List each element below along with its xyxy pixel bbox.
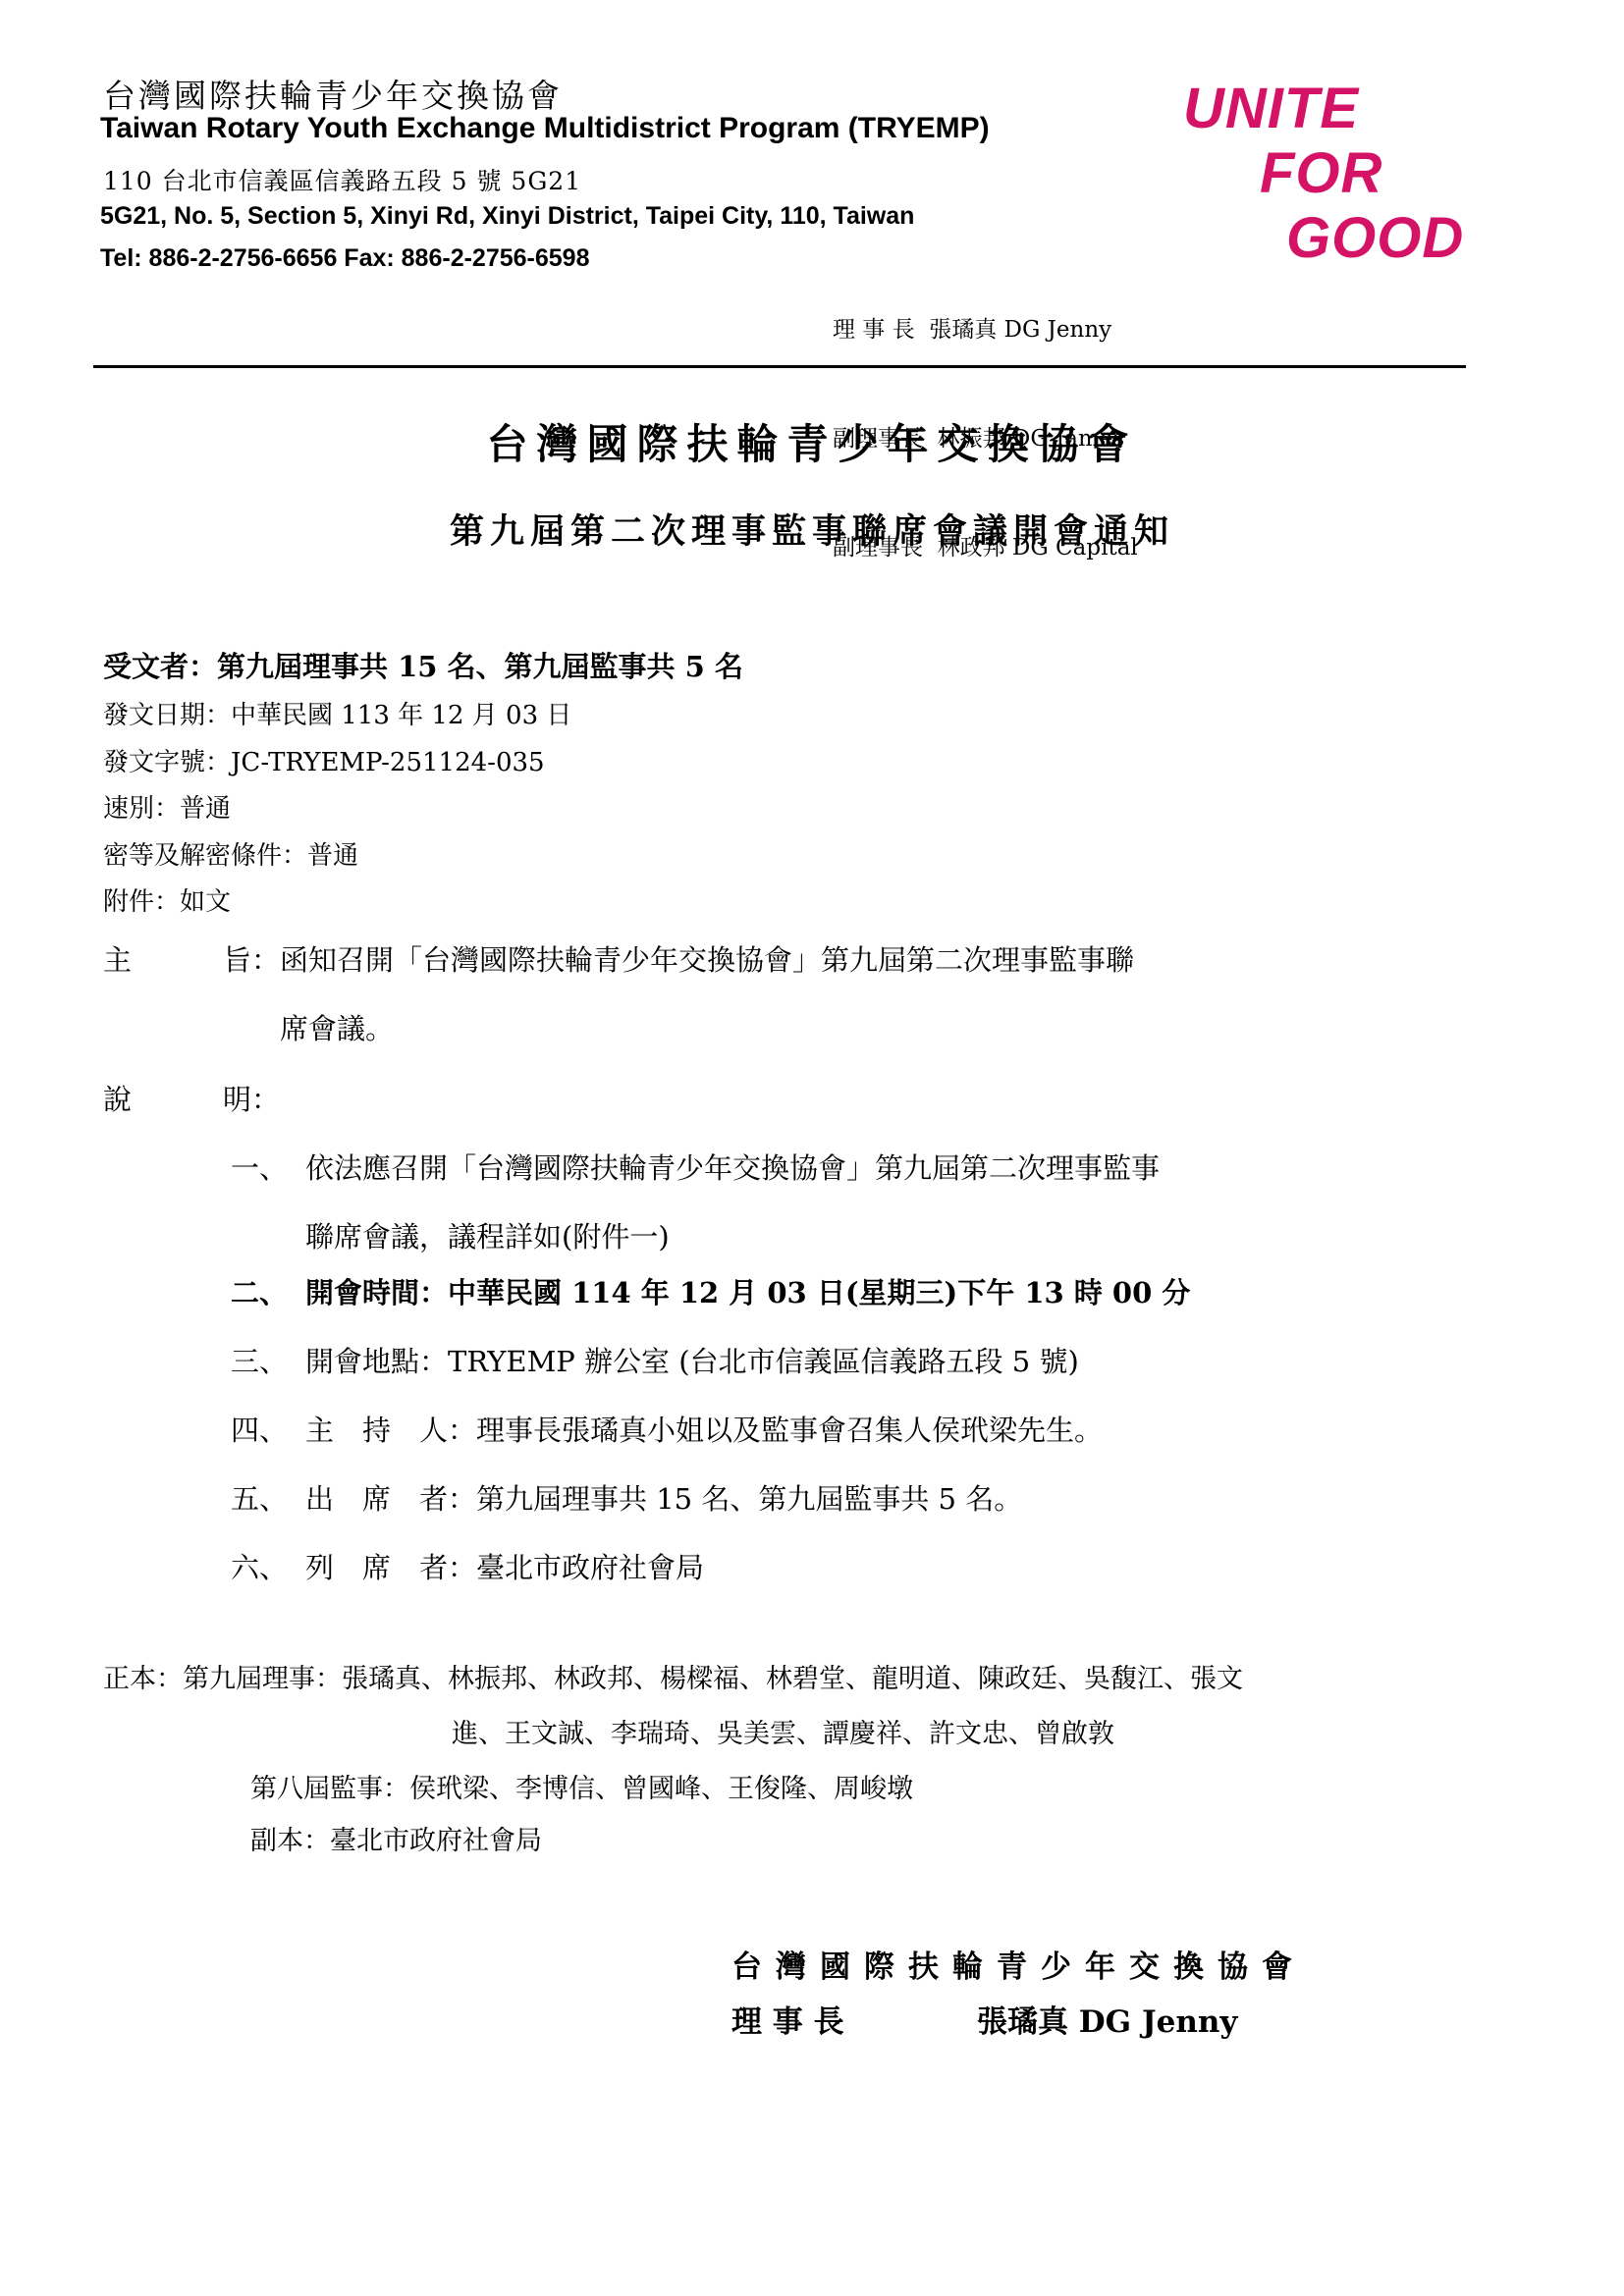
explanation-item-4: 四、 主 持 人：理事長張璚真小姐以及監事會召集人侯玳梁先生。 bbox=[231, 1409, 1103, 1449]
explanation-label-char2: 明： bbox=[223, 1065, 280, 1134]
address-zh: 110 台北市信義區信義路五段 5 號 5G21 bbox=[103, 162, 581, 197]
subject-text-line2: 席會議。 bbox=[280, 994, 1134, 1063]
distribution-original-line1: 正本：第九屆理事：張璚真、林振邦、林政邦、楊樑福、林碧堂、龍明道、陳政廷、吳馥江… bbox=[103, 1657, 1243, 1695]
logo-line-for: FOR bbox=[1260, 141, 1464, 206]
meta-doc-number: 發文字號：JC-TRYEMP-251124-035 bbox=[103, 740, 571, 787]
subject-row: 主 旨： 函知召開「台灣國際扶輪青少年交換協會」第九屆第二次理事監事聯 席會議。 bbox=[103, 926, 1134, 1063]
meta-block: 發文日期：中華民國 113 年 12 月 03 日 發文字號：JC-TRYEMP… bbox=[103, 693, 571, 927]
item-4-text: 主 持 人：理事長張璚真小姐以及監事會召集人侯玳梁先生。 bbox=[305, 1409, 1103, 1449]
org-name-en: Taiwan Rotary Youth Exchange Multidistri… bbox=[100, 112, 990, 145]
item-6-text: 列 席 者：臺北市政府社會局 bbox=[305, 1546, 704, 1586]
signature-org: 台灣國際扶輪青少年交換協會 bbox=[731, 1942, 1306, 1986]
subject-label: 主 旨： bbox=[103, 926, 280, 994]
item-5-text: 出 席 者：第九屆理事共 15 名、第九屆監事共 5 名。 bbox=[305, 1477, 1022, 1518]
explanation-item-5: 五、 出 席 者：第九屆理事共 15 名、第九屆監事共 5 名。 bbox=[231, 1477, 1022, 1518]
unite-for-good-logo: UNITE FOR GOOD bbox=[1183, 77, 1464, 271]
document-title: 台灣國際扶輪青少年交換協會 bbox=[0, 412, 1624, 471]
recipient-line: 受文者：第九屆理事共 15 名、第九屆監事共 5 名 bbox=[103, 645, 743, 685]
org-name-zh: 台灣國際扶輪青少年交換協會 bbox=[103, 71, 563, 117]
explanation-label-char1: 說 bbox=[103, 1065, 132, 1134]
item-2-number: 二、 bbox=[231, 1271, 305, 1311]
meta-security-class: 密等及解密條件：普通 bbox=[103, 833, 571, 881]
explanation-item-1: 一、 依法應召開「台灣國際扶輪青少年交換協會」第九屆第二次理事監事 聯席會議，議… bbox=[231, 1134, 1160, 1271]
subject-label-char2: 旨： bbox=[223, 926, 280, 994]
distribution-supervisors: 第八屆監事：侯玳梁、李博信、曾國峰、王俊隆、周峻墩 bbox=[250, 1767, 913, 1805]
item-1-number: 一、 bbox=[231, 1134, 305, 1202]
explanation-label-row: 說 明： bbox=[103, 1065, 280, 1134]
explanation-item-2: 二、 開會時間：中華民國 114 年 12 月 03 日(星期三)下午 13 時… bbox=[231, 1271, 1190, 1311]
item-4-number: 四、 bbox=[231, 1409, 305, 1449]
explanation-item-6: 六、 列 席 者：臺北市政府社會局 bbox=[231, 1546, 704, 1586]
item-3-number: 三、 bbox=[231, 1340, 305, 1380]
subject-text-line1: 函知召開「台灣國際扶輪青少年交換協會」第九屆第二次理事監事聯 bbox=[280, 926, 1134, 994]
logo-line-unite: UNITE bbox=[1183, 77, 1464, 141]
meta-speed-class: 速別：普通 bbox=[103, 786, 571, 833]
tel-fax-line: Tel: 886-2-2756-6656 Fax: 886-2-2756-659… bbox=[100, 244, 589, 273]
logo-line-good: GOOD bbox=[1286, 206, 1464, 271]
distribution-copy: 副本：臺北市政府社會局 bbox=[250, 1819, 542, 1857]
item-3-text: 開會地點：TRYEMP 辦公室 (台北市信義區信義路五段 5 號) bbox=[305, 1340, 1079, 1380]
officer-chairman: 理 事 長 張璚真 DG Jenny bbox=[833, 312, 1138, 348]
item-5-number: 五、 bbox=[231, 1477, 305, 1518]
distribution-original-line2: 進、王文誠、李瑞琦、吳美雲、譚慶祥、許文忠、曾啟敦 bbox=[452, 1712, 1114, 1750]
item-2-text: 開會時間：中華民國 114 年 12 月 03 日(星期三)下午 13 時 00… bbox=[305, 1271, 1190, 1311]
document-page: 台灣國際扶輪青少年交換協會 Taiwan Rotary Youth Exchan… bbox=[0, 0, 1624, 2296]
meta-attachment: 附件：如文 bbox=[103, 880, 571, 927]
header-divider bbox=[93, 365, 1466, 368]
item-1-text: 依法應召開「台灣國際扶輪青少年交換協會」第九屆第二次理事監事 聯席會議，議程詳如… bbox=[305, 1134, 1160, 1271]
subject-text: 函知召開「台灣國際扶輪青少年交換協會」第九屆第二次理事監事聯 席會議。 bbox=[280, 926, 1134, 1063]
signature-name: 張璚真 DG Jenny bbox=[977, 1997, 1237, 2041]
item-1-line2: 聯席會議，議程詳如(附件一) bbox=[305, 1202, 1160, 1271]
subject-label-char1: 主 bbox=[103, 926, 132, 994]
meta-issue-date: 發文日期：中華民國 113 年 12 月 03 日 bbox=[103, 693, 571, 740]
address-en: 5G21, No. 5, Section 5, Xinyi Rd, Xinyi … bbox=[100, 202, 914, 231]
item-6-number: 六、 bbox=[231, 1546, 305, 1586]
document-subtitle: 第九屆第二次理事監事聯席會議開會通知 bbox=[0, 505, 1624, 554]
item-1-line1: 依法應召開「台灣國際扶輪青少年交換協會」第九屆第二次理事監事 bbox=[305, 1134, 1160, 1202]
explanation-label: 說 明： bbox=[103, 1065, 280, 1134]
signature-title: 理 事 長 bbox=[731, 1997, 844, 2041]
explanation-item-3: 三、 開會地點：TRYEMP 辦公室 (台北市信義區信義路五段 5 號) bbox=[231, 1340, 1079, 1380]
